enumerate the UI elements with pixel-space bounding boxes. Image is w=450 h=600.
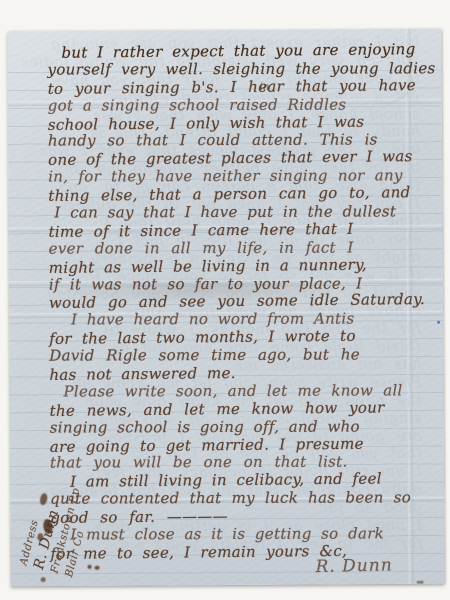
- letter-paper: but I rather expect that you are enjoyin…: [7, 29, 444, 587]
- letter-line: ever done in all my life, in fact I: [49, 238, 437, 257]
- letter-line: to your singing b's. I hear that you hav…: [48, 76, 436, 98]
- ink-blot: [41, 577, 46, 582]
- letter-line: might as well be living in a nunnery,: [49, 255, 437, 277]
- ink-blot: [417, 581, 424, 584]
- ink-speck-blue: [437, 321, 440, 324]
- letter-line: got a singing school raised Riddles: [48, 95, 436, 114]
- ink-blot: [88, 565, 92, 569]
- ink-blot: [95, 566, 100, 570]
- letter-photo: but I rather expect that you are enjoyin…: [0, 0, 450, 600]
- letter-text: but I rather expect that you are enjoyin…: [47, 41, 438, 562]
- signature: R. Dunn: [315, 555, 393, 577]
- superscript-insert: in: [260, 82, 270, 93]
